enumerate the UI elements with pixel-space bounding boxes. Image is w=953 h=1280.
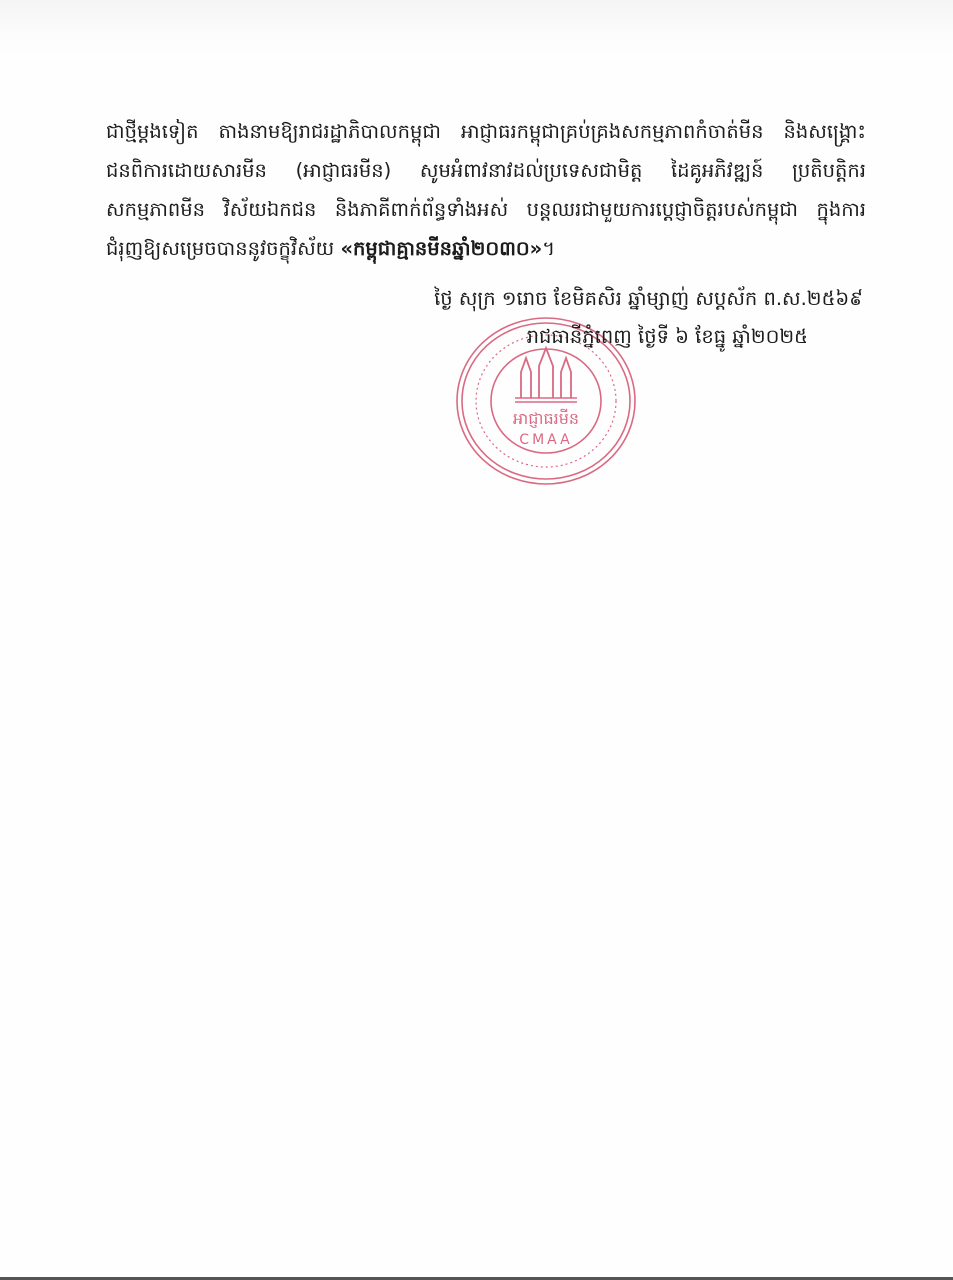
paragraph-line-1: ជាថ្មីម្តងទៀត តាងនាមឱ្យរាជរដ្ឋាភិបាលកម្ព… <box>106 112 866 151</box>
date-block: ថ្ងៃ សុក្រ ១រោច ខែមិគសិរ ឆ្នាំម្សាញ់ សប្… <box>403 280 863 356</box>
lunar-date: ថ្ងៃ សុក្រ ១រោច ខែមិគសិរ ឆ្នាំម្សាញ់ សប្… <box>403 280 863 318</box>
seal-khmer-text: អាជ្ញាធរមីន <box>513 408 579 428</box>
paragraph-line-4-prefix: ជំរុញឱ្យសម្រេចបាននូវចក្ខុវិស័យ <box>106 237 340 260</box>
scan-top-shadow <box>0 0 953 70</box>
paragraph-line-4-suffix: ។ <box>542 237 555 260</box>
vision-slogan: «កម្ពុជាគ្មានមីនឆ្នាំ២០៣០» <box>340 237 542 260</box>
solar-date-location: រាជធានីភ្នំពេញ ថ្ងៃទី ៦ ខែធ្នូ ឆ្នាំ២០២៥ <box>403 318 863 356</box>
paragraph-line-4: ជំរុញឱ្យសម្រេចបាននូវចក្ខុវិស័យ «កម្ពុជាគ… <box>106 229 866 268</box>
seal-latin-text: CMAA <box>519 432 572 448</box>
body-paragraph: ជាថ្មីម្តងទៀត តាងនាមឱ្យរាជរដ្ឋាភិបាលកម្ព… <box>106 112 866 268</box>
paragraph-line-2: ជនពិការដោយសារមីន (អាជ្ញាធរមីន) សូមអំពាវន… <box>106 151 866 190</box>
paragraph-line-3: សកម្មភាពមីន វិស័យឯកជន និងភាគីពាក់ព័ន្ធទា… <box>106 190 866 229</box>
